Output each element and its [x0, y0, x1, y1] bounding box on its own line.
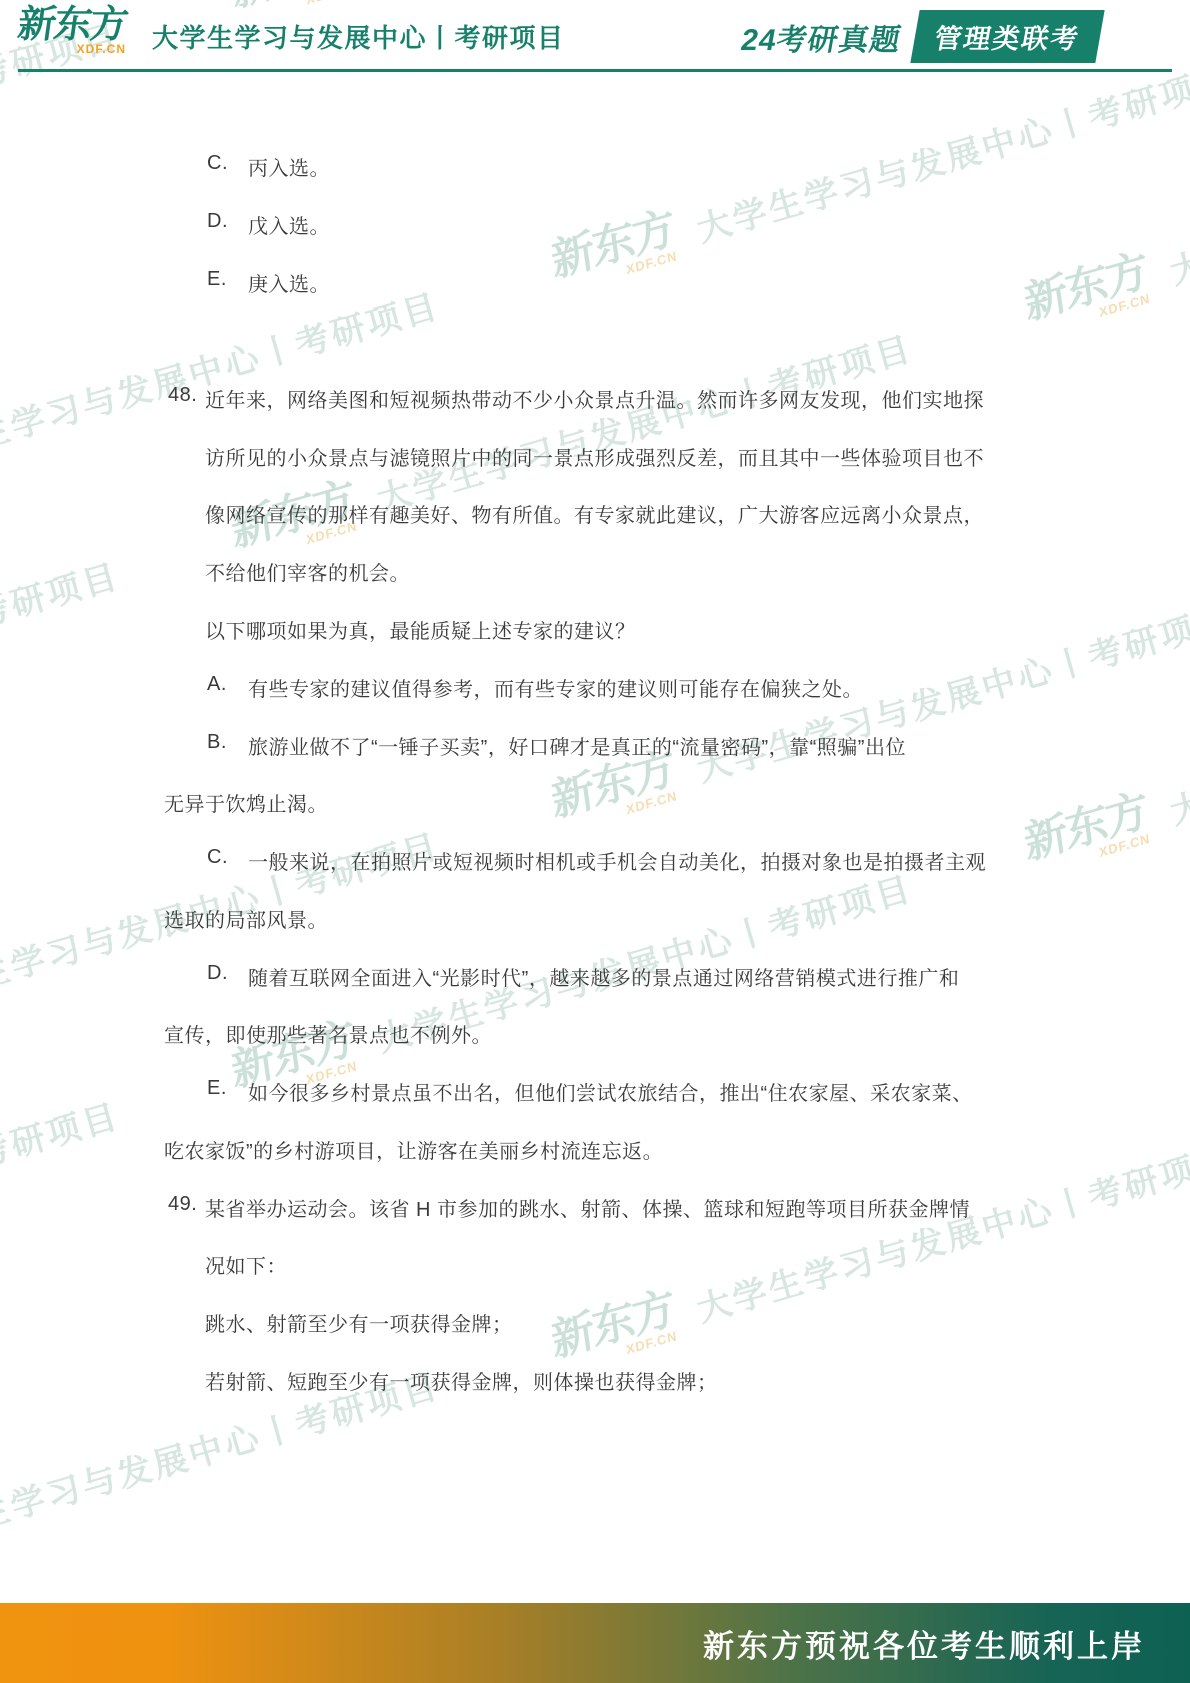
- option-text: 如今很多乡村景点虽不出名，但他们尝试农旅结合，推出“住农家屋、采农家菜、: [248, 1077, 973, 1106]
- option-line: C. 一般来说，在拍照片或短视频时相机或手机会自动美化，拍摄对象也是拍摄者主观: [0, 846, 1190, 874]
- text-line: 况如下：: [0, 1250, 1190, 1278]
- option-text: 戊入选。: [248, 210, 330, 239]
- header-divider: [18, 69, 1172, 72]
- footer-message: 新东方预祝各位考生顺利上岸: [703, 1621, 1190, 1666]
- option-text: 旅游业做不了“一锤子买卖”，好口碑才是真正的“流量密码”，靠“照骗”出位: [248, 731, 906, 760]
- option-label: C.: [207, 152, 228, 175]
- xdf-logo-text: 新东方: [15, 6, 128, 44]
- option-line: B. 旅游业做不了“一锤子买卖”，好口碑才是真正的“流量密码”，靠“照骗”出位: [0, 731, 1190, 759]
- option-line: D. 随着互联网全面进入“光影时代”，越来越多的景点通过网络营销模式进行推广和: [0, 962, 1190, 990]
- option-text: 庚入选。: [248, 268, 330, 297]
- question-text: 不给他们宰客的机会。: [205, 557, 410, 586]
- option-line: D. 戊入选。: [0, 210, 1190, 238]
- exam-category-badge: 管理类联考: [910, 10, 1104, 63]
- option-label: E.: [207, 1077, 227, 1100]
- question-line: 48. 近年来，网络美图和短视频热带动不少小众景点升温。然而许多网友发现，他们实…: [0, 384, 1190, 412]
- text-line: 吃农家饭”的乡村游项目，让游客在美丽乡村流连忘返。: [0, 1135, 1190, 1163]
- option-text: 无异于饮鸩止渴。: [164, 788, 328, 817]
- question-text: 访所见的小众景点与滤镜照片中的同一景点形成强烈反差，而且其中一些体验项目也不: [205, 442, 984, 471]
- question-number: 49.: [168, 1193, 197, 1216]
- text-line: 不给他们宰客的机会。: [0, 557, 1190, 585]
- option-line: C. 丙入选。: [0, 152, 1190, 180]
- text-line: 以下哪项如果为真，最能质疑上述专家的建议？: [0, 615, 1190, 643]
- xdf-logo: 新东方 XDF.CN: [18, 6, 126, 56]
- exam-title: 24考研真题: [738, 15, 905, 59]
- question-text: 像网络宣传的那样有趣美好、物有所值。有专家就此建议，广大游客应远离小众景点，: [205, 499, 984, 528]
- text-line: 若射箭、短跑至少有一项获得金牌，则体操也获得金牌；: [0, 1366, 1190, 1394]
- page-footer: 新东方预祝各位考生顺利上岸: [0, 1603, 1190, 1683]
- condition-text: 跳水、射箭至少有一项获得金牌；: [205, 1308, 513, 1337]
- option-text: 吃农家饭”的乡村游项目，让游客在美丽乡村流连忘返。: [164, 1135, 663, 1164]
- text-line: 访所见的小众景点与滤镜照片中的同一景点形成强烈反差，而且其中一些体验项目也不: [0, 442, 1190, 470]
- text-line: 无异于饮鸩止渴。: [0, 788, 1190, 816]
- option-label: D.: [207, 210, 228, 233]
- header-center-label: 大学生学习与发展中心丨考研项目: [152, 18, 565, 55]
- question-text: 近年来，网络美图和短视频热带动不少小众景点升温。然而许多网友发现，他们实地探: [205, 384, 984, 413]
- exam-page: 新东方XDF.CN大学生学习与发展中心丨考研项目新东方XDF.CN大学生学习与发…: [0, 0, 1190, 1683]
- option-label: E.: [207, 268, 227, 291]
- exam-content: C. 丙入选。 D. 戊入选。 E. 庚入选。 48. 近年来，网络美图和短视频…: [0, 0, 1190, 1683]
- option-line: E. 如今很多乡村景点虽不出名，但他们尝试农旅结合，推出“住农家屋、采农家菜、: [0, 1077, 1190, 1105]
- option-text: 丙入选。: [248, 152, 330, 181]
- text-line: 跳水、射箭至少有一项获得金牌；: [0, 1308, 1190, 1336]
- option-line: E. 庚入选。: [0, 268, 1190, 296]
- text-line: 宣传，即使那些著名景点也不例外。: [0, 1019, 1190, 1047]
- option-label: D.: [207, 962, 228, 985]
- question-prompt: 以下哪项如果为真，最能质疑上述专家的建议？: [205, 615, 636, 644]
- option-text: 选取的局部风景。: [164, 904, 328, 933]
- option-line: A. 有些专家的建议值得参考，而有些专家的建议则可能存在偏狭之处。: [0, 673, 1190, 701]
- question-text: 况如下：: [205, 1250, 287, 1279]
- question-line: 49. 某省举办运动会。该省 H 市参加的跳水、射箭、体操、篮球和短跑等项目所获…: [0, 1193, 1190, 1221]
- condition-text: 若射箭、短跑至少有一项获得金牌，则体操也获得金牌；: [205, 1366, 718, 1395]
- text-line: 像网络宣传的那样有趣美好、物有所值。有专家就此建议，广大游客应远离小众景点，: [0, 499, 1190, 527]
- option-text: 有些专家的建议值得参考，而有些专家的建议则可能存在偏狭之处。: [248, 673, 863, 702]
- option-label: B.: [207, 731, 227, 754]
- question-number: 48.: [168, 384, 197, 407]
- option-text: 随着互联网全面进入“光影时代”，越来越多的景点通过网络营销模式进行推广和: [248, 962, 959, 991]
- text-line: 选取的局部风景。: [0, 904, 1190, 932]
- option-text: 宣传，即使那些著名景点也不例外。: [164, 1019, 492, 1048]
- option-label: A.: [207, 673, 227, 696]
- question-text: 某省举办运动会。该省 H 市参加的跳水、射箭、体操、篮球和短跑等项目所获金牌情: [205, 1193, 970, 1222]
- header-right: 24考研真题 管理类联考: [742, 10, 1100, 63]
- option-text: 一般来说，在拍照片或短视频时相机或手机会自动美化，拍摄对象也是拍摄者主观: [248, 846, 986, 875]
- option-label: C.: [207, 846, 228, 869]
